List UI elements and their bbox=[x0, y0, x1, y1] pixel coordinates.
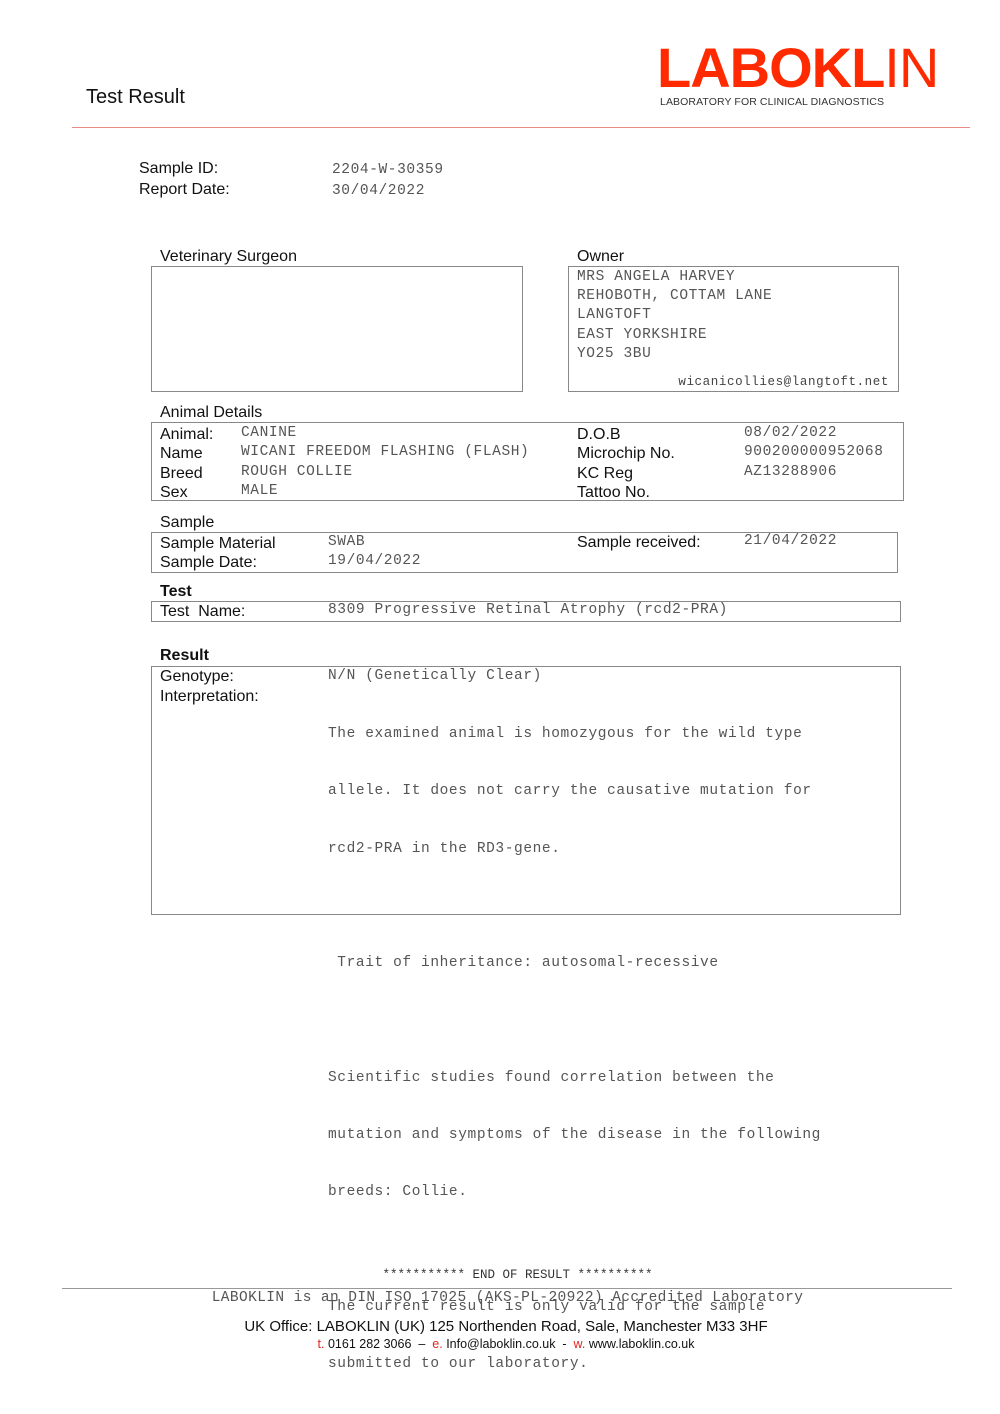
logo-bold-text: LABOKL bbox=[657, 36, 884, 99]
result-section-label: Result bbox=[160, 647, 209, 665]
interpretation-line: breeds: Collie. bbox=[328, 1183, 821, 1202]
sample-received-label: Sample received: bbox=[577, 534, 701, 552]
sample-received-value: 21/04/2022 bbox=[744, 533, 837, 549]
interpretation-line: mutation and symptoms of the disease in … bbox=[328, 1126, 821, 1145]
animal-label: Animal: bbox=[160, 425, 213, 444]
header-divider bbox=[72, 127, 970, 128]
animal-left-values: CANINE WICANI FREEDOM FLASHING (FLASH) R… bbox=[241, 424, 529, 502]
kc-reg-value: AZ13288906 bbox=[744, 463, 884, 482]
sample-section-label: Sample bbox=[160, 514, 214, 532]
laboklin-logo: LABOKLIN bbox=[657, 40, 938, 96]
owner-address-line: YO25 3BU bbox=[577, 345, 772, 364]
interpretation-line bbox=[328, 897, 821, 916]
owner-address-line: MRS ANGELA HARVEY bbox=[577, 268, 772, 287]
sample-material-value: SWAB bbox=[328, 533, 421, 552]
report-date-value: 30/04/2022 bbox=[332, 183, 425, 199]
sample-id-value: 2204-W-30359 bbox=[332, 162, 444, 178]
tattoo-value bbox=[744, 482, 884, 501]
interpretation-line: Trait of inheritance: autosomal-recessiv… bbox=[328, 954, 821, 973]
email-prefix: e. bbox=[432, 1337, 442, 1351]
vet-surgeon-label: Veterinary Surgeon bbox=[160, 248, 297, 266]
owner-address-line: REHOBOTH, COTTAM LANE bbox=[577, 287, 772, 306]
tattoo-label: Tattoo No. bbox=[577, 483, 675, 502]
dob-label: D.O.B bbox=[577, 425, 675, 444]
separator: – bbox=[418, 1337, 425, 1351]
owner-box: MRS ANGELA HARVEY REHOBOTH, COTTAM LANE … bbox=[568, 266, 899, 392]
test-section-label: Test bbox=[160, 583, 192, 601]
interpretation-line: rcd2-PRA in the RD3-gene. bbox=[328, 840, 821, 859]
breed-label: Breed bbox=[160, 464, 213, 483]
animal-left-labels: Animal: Name Breed Sex bbox=[160, 425, 213, 503]
sample-material-label: Sample Material bbox=[160, 534, 276, 553]
genotype-label: Genotype: bbox=[160, 668, 234, 686]
name-value: WICANI FREEDOM FLASHING (FLASH) bbox=[241, 443, 529, 462]
vet-surgeon-box bbox=[151, 266, 523, 392]
genotype-value: N/N (Genetically Clear) bbox=[328, 668, 542, 684]
interpretation-label: Interpretation: bbox=[160, 688, 259, 706]
interpretation-line bbox=[328, 1012, 821, 1031]
document-title: Test Result bbox=[86, 86, 185, 109]
animal-details-box: Animal: Name Breed Sex CANINE WICANI FRE… bbox=[151, 422, 904, 501]
accreditation-text: LABOKLIN is an DIN ISO 17025 (AKS-PL-209… bbox=[0, 1290, 1000, 1306]
website-link[interactable]: www.laboklin.co.uk bbox=[589, 1337, 695, 1351]
interpretation-line bbox=[328, 1241, 821, 1260]
sample-left-labels: Sample Material Sample Date: bbox=[160, 534, 276, 573]
logo-tagline: LABORATORY FOR CLINICAL DIAGNOSTICS bbox=[660, 96, 884, 108]
animal-value: CANINE bbox=[241, 424, 529, 443]
microchip-value: 900200000952068 bbox=[744, 443, 884, 462]
animal-right-values: 08/02/2022 900200000952068 AZ13288906 bbox=[744, 424, 884, 502]
phone-prefix: t. bbox=[318, 1337, 325, 1351]
owner-address-line: EAST YORKSHIRE bbox=[577, 326, 772, 345]
sex-value: MALE bbox=[241, 482, 529, 501]
email-link[interactable]: Info@laboklin.co.uk bbox=[446, 1337, 555, 1351]
interpretation-line: The examined animal is homozygous for th… bbox=[328, 725, 821, 744]
microchip-label: Microchip No. bbox=[577, 444, 675, 463]
office-address: UK Office: LABOKLIN (UK) 125 Northenden … bbox=[0, 1318, 1000, 1335]
test-name-label: Test Name: bbox=[160, 603, 245, 621]
footer-divider bbox=[62, 1288, 952, 1289]
breed-value: ROUGH COLLIE bbox=[241, 463, 529, 482]
animal-right-labels: D.O.B Microchip No. KC Reg Tattoo No. bbox=[577, 425, 675, 503]
interpretation-line: allele. It does not carry the causative … bbox=[328, 782, 821, 801]
sample-left-values: SWAB 19/04/2022 bbox=[328, 533, 421, 572]
sample-box: Sample Material Sample Date: SWAB 19/04/… bbox=[151, 532, 898, 573]
sample-id-label: Sample ID: bbox=[139, 160, 218, 178]
dob-value: 08/02/2022 bbox=[744, 424, 884, 443]
sample-date-value: 19/04/2022 bbox=[328, 552, 421, 571]
sex-label: Sex bbox=[160, 483, 213, 502]
logo-thin-text: IN bbox=[884, 36, 938, 99]
name-label: Name bbox=[160, 444, 213, 463]
web-prefix: w. bbox=[574, 1337, 586, 1351]
interpretation-line: submitted to our laboratory. bbox=[328, 1355, 821, 1374]
phone-number[interactable]: 0161 282 3066 bbox=[328, 1337, 411, 1351]
owner-address: MRS ANGELA HARVEY REHOBOTH, COTTAM LANE … bbox=[577, 268, 772, 364]
separator: - bbox=[562, 1337, 566, 1351]
owner-address-line: LANGTOFT bbox=[577, 306, 772, 325]
test-name-value: 8309 Progressive Retinal Atrophy (rcd2-P… bbox=[328, 602, 728, 618]
contact-line: t. 0161 282 3066 – e. Info@laboklin.co.u… bbox=[0, 1337, 1000, 1351]
result-box: Genotype: N/N (Genetically Clear) Interp… bbox=[151, 666, 901, 915]
owner-email: wicanicollies@langtoft.net bbox=[678, 375, 889, 389]
test-box: Test Name: 8309 Progressive Retinal Atro… bbox=[151, 601, 901, 622]
owner-label: Owner bbox=[577, 248, 624, 266]
kc-reg-label: KC Reg bbox=[577, 464, 675, 483]
interpretation-line: Scientific studies found correlation bet… bbox=[328, 1069, 821, 1088]
report-date-label: Report Date: bbox=[139, 181, 230, 199]
sample-date-label: Sample Date: bbox=[160, 553, 276, 572]
end-of-result-marker: *********** END OF RESULT ********** bbox=[0, 1268, 1000, 1282]
animal-details-label: Animal Details bbox=[160, 404, 262, 422]
